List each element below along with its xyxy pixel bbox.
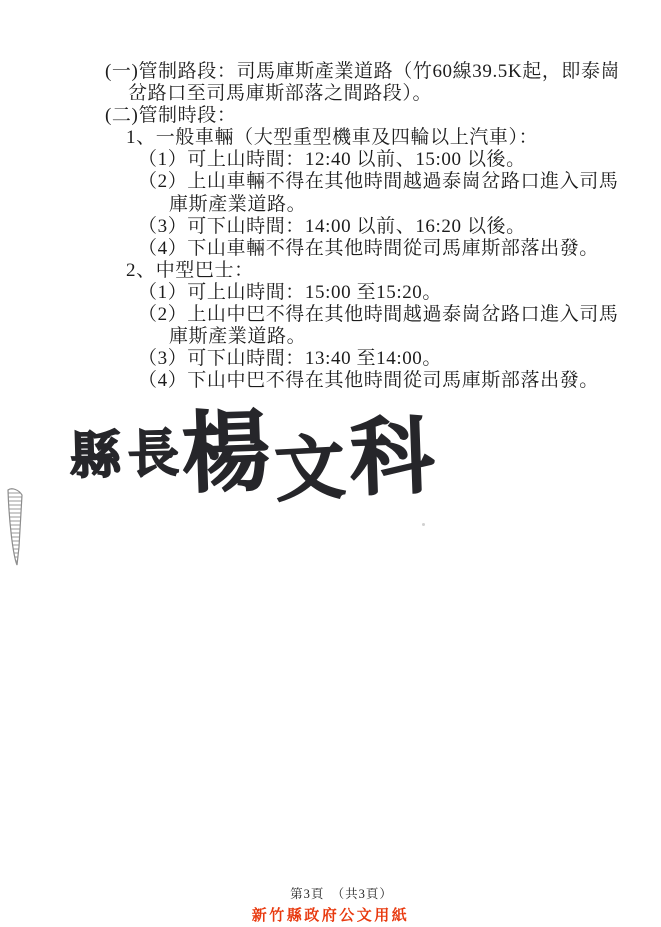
text-line: （3）可下山時間：14:00 以前、16:20 以後。 [0,216,661,238]
body-text: (一)管制路段：司馬庫斯產業道路（竹60線39.5K起，即泰崗 岔路口至司馬庫斯… [0,61,661,392]
scan-speck-artifact [422,523,425,526]
paper-label-footer: 新竹縣政府公文用紙 [0,904,661,925]
signature-name-char: 楊 [180,409,271,500]
text-line: 庫斯產業道路。 [0,326,661,348]
text-line: （2）上山中巴不得在其他時間越過泰崗岔路口進入司馬 [0,304,661,326]
text-line: 1、一般車輛（大型重型機車及四輪以上汽車）： [0,127,661,149]
text-line: （2）上山車輛不得在其他時間越過泰崗岔路口進入司馬 [0,171,661,193]
text-line: 2、中型巴士： [0,260,661,282]
page-number-footer: 第3頁 （共3頁） [0,884,661,902]
text-line: (二)管制時段： [0,105,661,127]
text-line: 庫斯產業道路。 [0,194,661,216]
text-line: （1）可上山時間：15:00 至15:20。 [0,282,661,304]
document-page: (一)管制路段：司馬庫斯產業道路（竹60線39.5K起，即泰崗 岔路口至司馬庫斯… [0,0,661,927]
text-line: 岔路口至司馬庫斯部落之間路段）。 [0,83,661,105]
signature-title: 縣長 [69,429,186,483]
text-line: （4）下山中巴不得在其他時間從司馬庫斯部落出發。 [0,370,661,392]
text-line: （1）可上山時間：12:40 以前、15:00 以後。 [0,149,661,171]
text-line: （3）可下山時間：13:40 至14:00。 [0,348,661,370]
scan-artifact-staple-icon [2,487,36,571]
signature-name-char: 文 [273,434,347,508]
text-line: （4）下山車輛不得在其他時間從司馬庫斯部落出發。 [0,238,661,260]
text-line: (一)管制路段：司馬庫斯產業道路（竹60線39.5K起，即泰崗 [0,61,661,83]
signature-name-char: 科 [349,416,436,503]
